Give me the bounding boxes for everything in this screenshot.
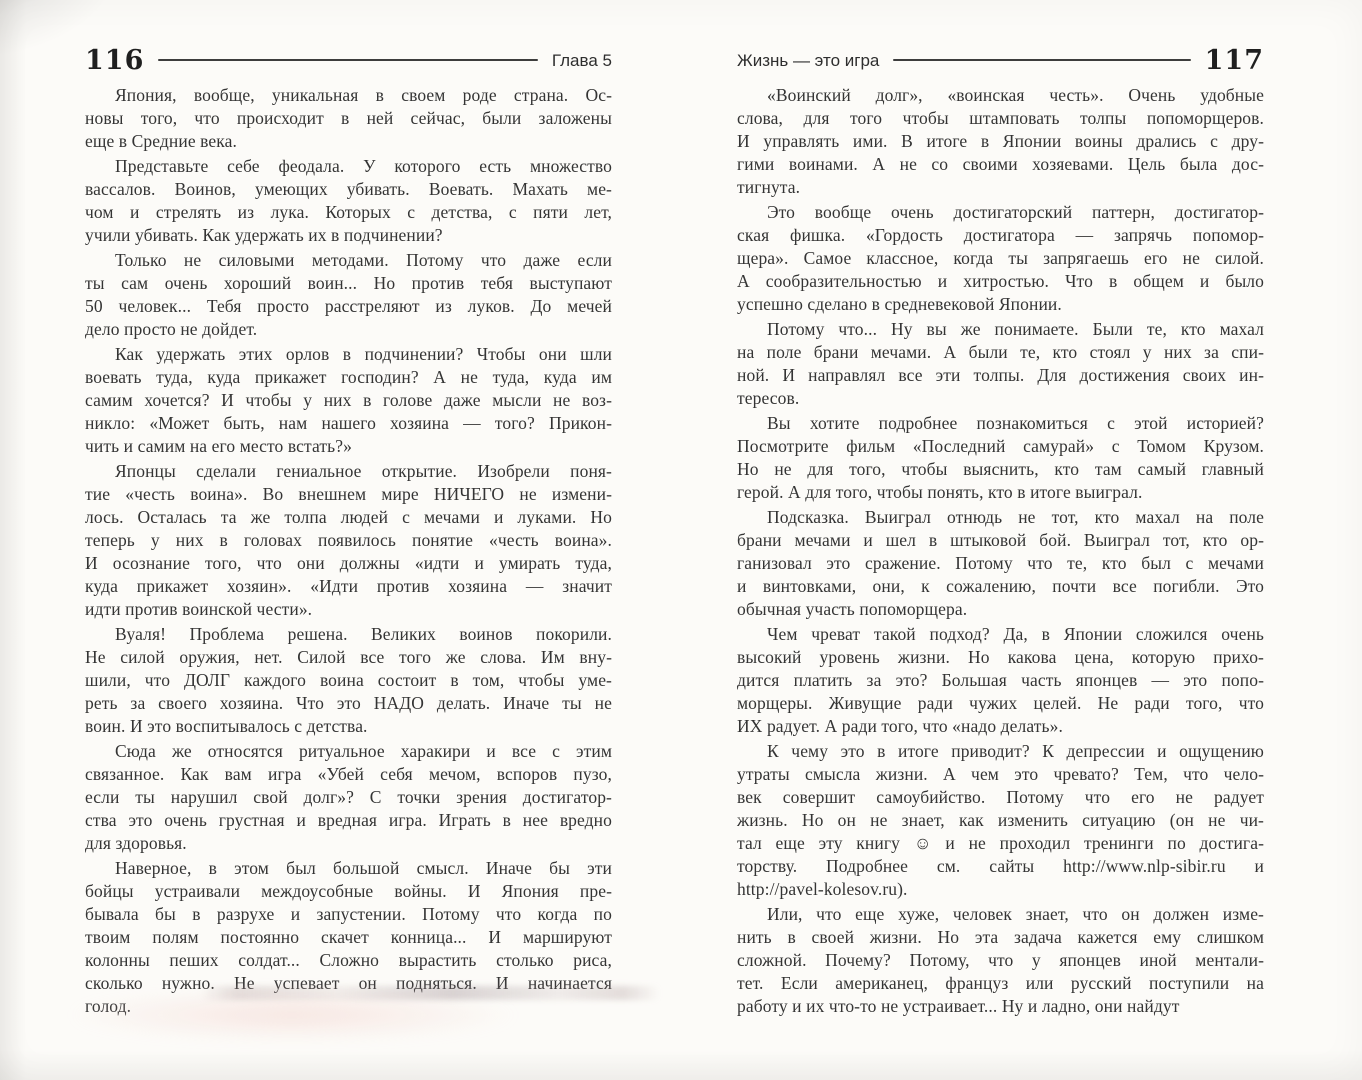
text-line: жизнь. Но он не знает, как изменить ситу…	[737, 809, 1264, 832]
text-line: новы того, что происходит в ней сейчас, …	[85, 107, 612, 130]
text-line: И осознание того, что они должны «идти и…	[85, 552, 612, 575]
text-line: идти против воинской чести».	[85, 598, 612, 621]
text-line: голод.	[85, 995, 612, 1018]
text-line: обычная участь попоморщера.	[737, 598, 1264, 621]
text-line: http://pavel-kolesov.ru).	[737, 878, 1264, 901]
text-line: Посмотрите фильм «Последний самурай» с Т…	[737, 435, 1264, 458]
paragraph: Япония, вообще, уникальная в своем роде …	[85, 84, 612, 153]
left-page-header: 116 Глава 5	[85, 44, 612, 76]
text-line: Представьте себе феодала. У которого ест…	[85, 155, 612, 178]
text-line: самим хочется? И чтобы у них в голове да…	[85, 389, 612, 412]
text-line: Наверное, в этом был большой смысл. Инач…	[85, 857, 612, 880]
text-line: тересов.	[737, 387, 1264, 410]
text-line: сколько нужно. Не успевает он подняться.…	[85, 972, 612, 995]
paragraph: Потому что... Ну вы же понимаете. Были т…	[737, 318, 1264, 410]
text-line: и винтовками, они, к сожалению, почти вс…	[737, 575, 1264, 598]
right-page: Жизнь — это игра 117 «Воинский долг», «в…	[737, 44, 1264, 1020]
right-page-text: «Воинский долг», «воинская честь». Очень…	[737, 84, 1264, 1018]
text-line: А сообразительностью и хитростью. Что в …	[737, 270, 1264, 293]
text-line: торству. Подробнее см. сайты http://www.…	[737, 855, 1264, 878]
text-line: Сюда же относятся ритуальное харакири и …	[85, 740, 612, 763]
text-line: тие «честь воина». Во внешнем мире НИЧЕГ…	[85, 483, 612, 506]
text-line: век совершит самоубийство. Потому что ег…	[737, 786, 1264, 809]
text-line: учили убивать. Как удержать их в подчине…	[85, 224, 612, 247]
header-rule-left	[158, 59, 538, 61]
text-line: чом и стрелять из лука. Которых с детств…	[85, 201, 612, 224]
text-line: И управлять ими. В итоге в Японии воины …	[737, 130, 1264, 153]
text-line: К чему это в итоге приводит? К депрессии…	[737, 740, 1264, 763]
text-line: Или, что еще хуже, человек знает, что он…	[737, 903, 1264, 926]
text-line: морщеры. Живущие ради чужих целей. Не ра…	[737, 692, 1264, 715]
paragraph: Или, что еще хуже, человек знает, что он…	[737, 903, 1264, 1018]
scan-left-edge-shade	[0, 0, 26, 1080]
page-number-left: 116	[85, 47, 144, 74]
scan-bottom-edge-shade	[0, 1050, 1362, 1080]
paragraph: Сюда же относятся ритуальное харакири и …	[85, 740, 612, 855]
text-line: Это вообще очень достигаторский паттерн,…	[737, 201, 1264, 224]
text-line: Вы хотите подробнее познакомиться с этой…	[737, 412, 1264, 435]
text-line: 50 человек... Тебя просто расстреляют из…	[85, 295, 612, 318]
text-line: Вуаля! Проблема решена. Великих воинов п…	[85, 623, 612, 646]
text-line: гими воинами. А не со своими хозяевами. …	[737, 153, 1264, 176]
text-line: ной. И направлял все эти толпы. Для дост…	[737, 364, 1264, 387]
paragraph: Наверное, в этом был большой смысл. Инач…	[85, 857, 612, 1018]
text-line: слова, для того чтобы штамповать толпы п…	[737, 107, 1264, 130]
running-head-left: Глава 5	[552, 52, 612, 69]
paragraph: Это вообще очень достигаторский паттерн,…	[737, 201, 1264, 316]
paragraph: Чем чреват такой подход? Да, в Японии сл…	[737, 623, 1264, 738]
text-line: шили, что ДОЛГ каждого воина состоит в т…	[85, 669, 612, 692]
text-line: никло: «Может быть, нам нашего хозяина —…	[85, 412, 612, 435]
paragraph: К чему это в итоге приводит? К депрессии…	[737, 740, 1264, 901]
text-line: для здоровья.	[85, 832, 612, 855]
text-line: чить и самим на его место встать?»	[85, 435, 612, 458]
text-line: бойцы устраивали междоусобные войны. И Я…	[85, 880, 612, 903]
paragraph: Японцы сделали гениальное открытие. Изоб…	[85, 460, 612, 621]
paragraph: Подсказка. Выиграл отнюдь не тот, кто ма…	[737, 506, 1264, 621]
text-line: колонны пеших солдат... Сложно вырастить…	[85, 949, 612, 972]
text-line: если ты нарушил свой долг»? С точки зрен…	[85, 786, 612, 809]
running-head-right: Жизнь — это игра	[737, 52, 879, 69]
text-line: Потому что... Ну вы же понимаете. Были т…	[737, 318, 1264, 341]
text-line: тигнута.	[737, 176, 1264, 199]
book-scan: 116 Глава 5 Япония, вообще, уникальная в…	[0, 0, 1362, 1080]
text-line: Подсказка. Выиграл отнюдь не тот, кто ма…	[737, 506, 1264, 529]
page-number-right: 117	[1205, 47, 1264, 74]
text-line: высокий уровень жизни. Но какова цена, к…	[737, 646, 1264, 669]
paragraph: «Воинский долг», «воинская честь». Очень…	[737, 84, 1264, 199]
text-line: реть за своего хозяина. Что это НАДО дел…	[85, 692, 612, 715]
text-line: тет. Если американец, француз или русски…	[737, 972, 1264, 995]
text-line: дело просто не дойдет.	[85, 318, 612, 341]
text-line: Не силой оружия, нет. Силой все того же …	[85, 646, 612, 669]
text-line: Но не для того, чтобы выяснить, кто там …	[737, 458, 1264, 481]
text-line: Чем чреват такой подход? Да, в Японии сл…	[737, 623, 1264, 646]
text-line: дится платить за это? Большая часть япон…	[737, 669, 1264, 692]
text-line: воин. И это воспитывалось с детства.	[85, 715, 612, 738]
right-page-header: Жизнь — это игра 117	[737, 44, 1264, 76]
header-rule-right	[893, 59, 1190, 61]
paragraph: Как удержать этих орлов в подчинении? Чт…	[85, 343, 612, 458]
text-line: работу и их что-то не устраивает... Ну и…	[737, 995, 1264, 1018]
text-line: бывала бы в разрухе и запустении. Потому…	[85, 903, 612, 926]
text-line: еще в Средние века.	[85, 130, 612, 153]
text-line: щера». Самое классное, когда ты запрягае…	[737, 247, 1264, 270]
text-line: куда прикажет хозяин». «Идти против хозя…	[85, 575, 612, 598]
text-line: ства это очень грустная и вредная игра. …	[85, 809, 612, 832]
text-line: нить в своей жизни. Но эта задача кажетс…	[737, 926, 1264, 949]
text-line: теперь у них в головах появилось понятие…	[85, 529, 612, 552]
text-line: тал еще эту книгу ☺ и не проходил тренин…	[737, 832, 1264, 855]
text-line: ты сам очень хороший воин... Но против т…	[85, 272, 612, 295]
text-line: Япония, вообще, уникальная в своем роде …	[85, 84, 612, 107]
text-line: ганизовал это сражение. Потому что те, к…	[737, 552, 1264, 575]
text-line: сложной. Почему? Потому, что у японцев и…	[737, 949, 1264, 972]
text-line: Как удержать этих орлов в подчинении? Чт…	[85, 343, 612, 366]
paragraph: Вуаля! Проблема решена. Великих воинов п…	[85, 623, 612, 738]
text-line: лось. Осталась та же толпа людей с мечам…	[85, 506, 612, 529]
text-line: ская фишка. «Гордость достигатора — запр…	[737, 224, 1264, 247]
text-line: на поле брани мечами. А были те, кто сто…	[737, 341, 1264, 364]
text-line: вассалов. Воинов, умеющих убивать. Воева…	[85, 178, 612, 201]
text-line: «Воинский долг», «воинская честь». Очень…	[737, 84, 1264, 107]
text-line: ИХ радует. А ради того, что «надо делать…	[737, 715, 1264, 738]
text-line: твоим полям постоянно скачет конница... …	[85, 926, 612, 949]
text-line: брани мечами и шел в штыковой бой. Выигр…	[737, 529, 1264, 552]
text-line: утраты смысла жизни. А чем это чревато? …	[737, 763, 1264, 786]
text-line: герой. А для того, чтобы понять, кто в и…	[737, 481, 1264, 504]
paragraph: Вы хотите подробнее познакомиться с этой…	[737, 412, 1264, 504]
text-line: воевать туда, куда прикажет господин? А …	[85, 366, 612, 389]
text-line: связанное. Как вам игра «Убей себя мечом…	[85, 763, 612, 786]
paragraph: Только не силовыми методами. Потому что …	[85, 249, 612, 341]
text-line: успешно сделано в средневековой Японии.	[737, 293, 1264, 316]
left-page-text: Япония, вообще, уникальная в своем роде …	[85, 84, 612, 1018]
paragraph: Представьте себе феодала. У которого ест…	[85, 155, 612, 247]
left-page: 116 Глава 5 Япония, вообще, уникальная в…	[85, 44, 612, 1020]
text-line: Только не силовыми методами. Потому что …	[85, 249, 612, 272]
text-line: Японцы сделали гениальное открытие. Изоб…	[85, 460, 612, 483]
